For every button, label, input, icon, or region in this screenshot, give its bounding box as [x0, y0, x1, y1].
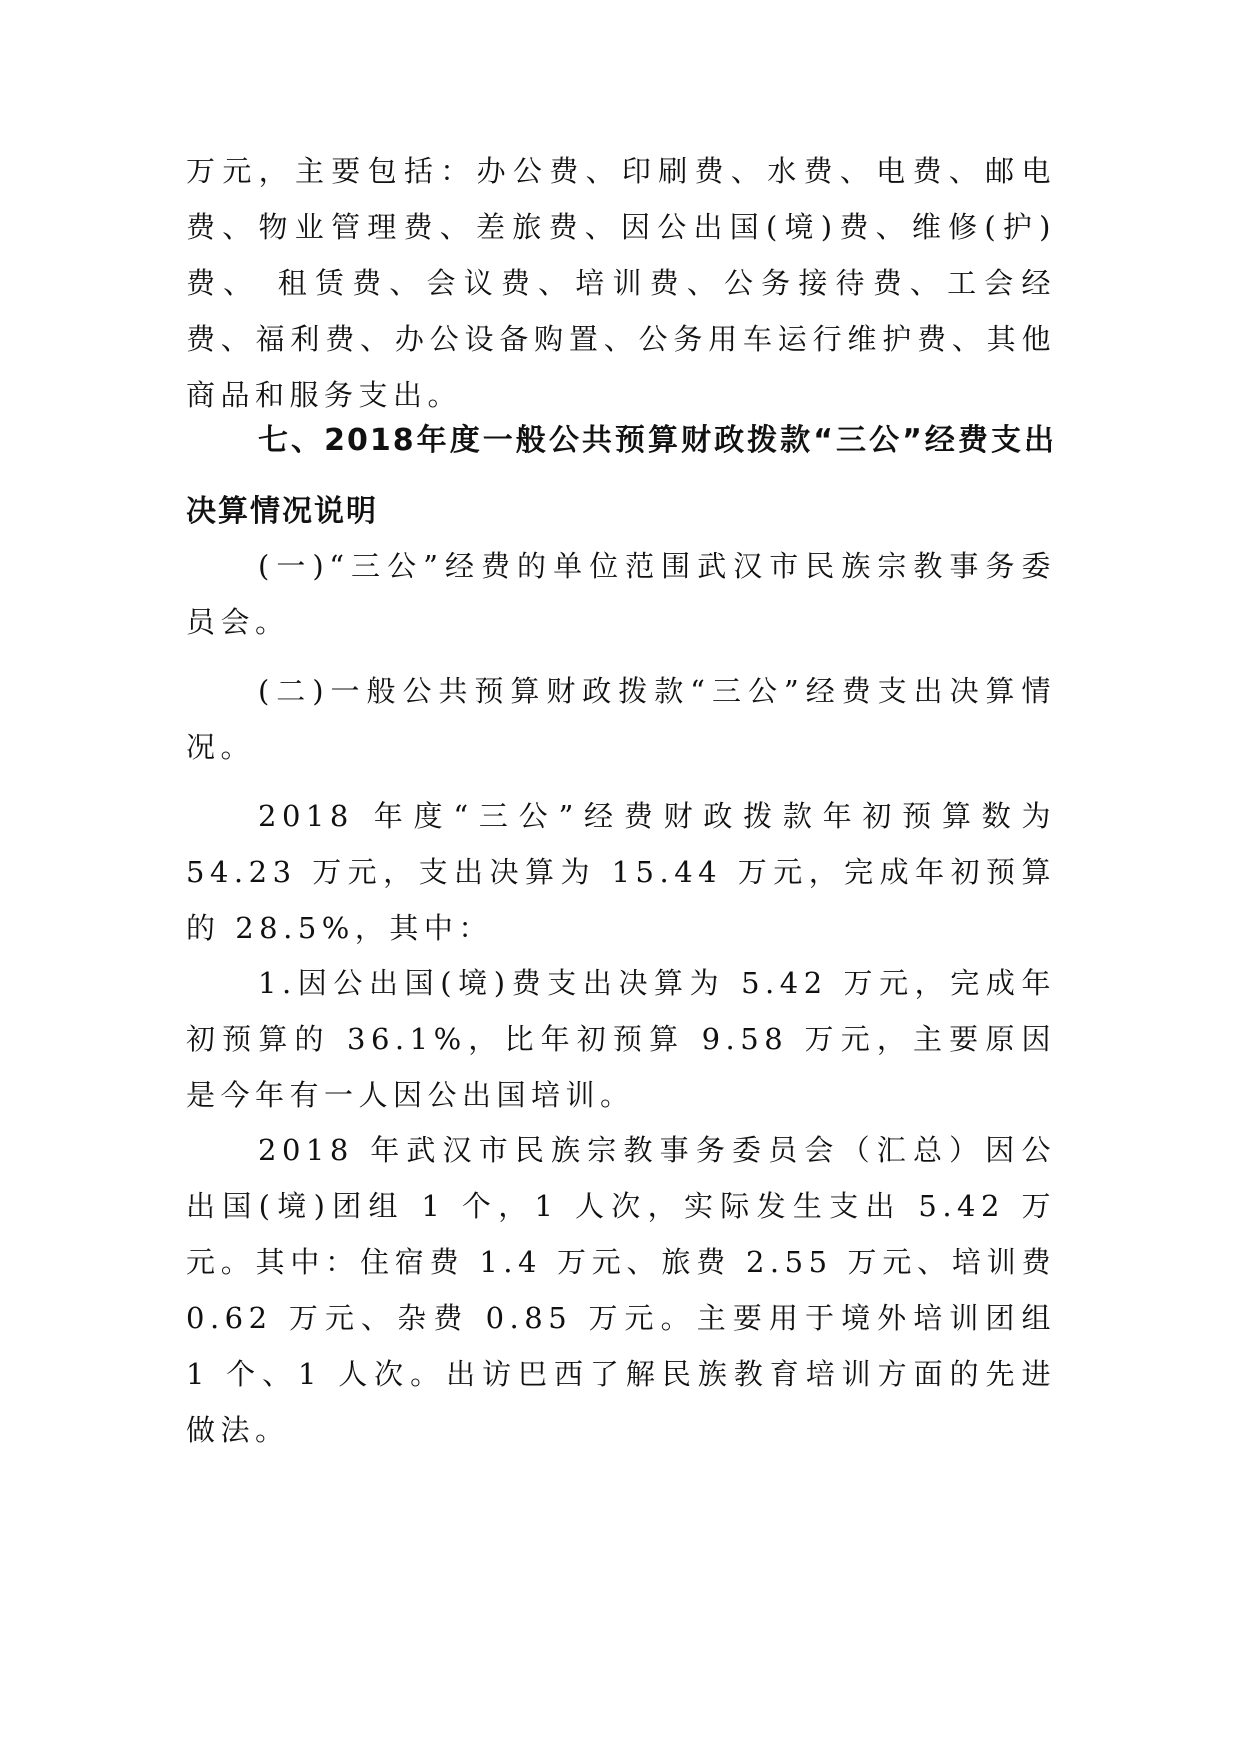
paragraph-overseas-details: 2018 年武汉市民族宗教事务委员会（汇总）因公出国(境)团组 1 个，1 人次… — [186, 1122, 1056, 1458]
section-heading-seven: 七、2018年度一般公共预算财政拨款“三公”经费支出决算情况说明 — [186, 405, 1056, 547]
document-page: 万元，主要包括：办公费、印刷费、水费、电费、邮电费、物业管理费、差旅费、因公出国… — [0, 0, 1240, 1754]
paragraph-overseas-travel: 1.因公出国(境)费支出决算为 5.42 万元，完成年初预算的 36.1%，比年… — [186, 955, 1056, 1123]
paragraph-scope: (一)“三公”经费的单位范围武汉市民族宗教事务委员会。 — [186, 538, 1056, 650]
paragraph-three-public-summary: 2018 年度“三公”经费财政拨款年初预算数为 54.23 万元，支出决算为 1… — [186, 788, 1056, 956]
paragraph-general-budget: (二)一般公共预算财政拨款“三公”经费支出决算情况。 — [186, 663, 1056, 775]
paragraph-expense-items: 万元，主要包括：办公费、印刷费、水费、电费、邮电费、物业管理费、差旅费、因公出国… — [186, 143, 1056, 423]
